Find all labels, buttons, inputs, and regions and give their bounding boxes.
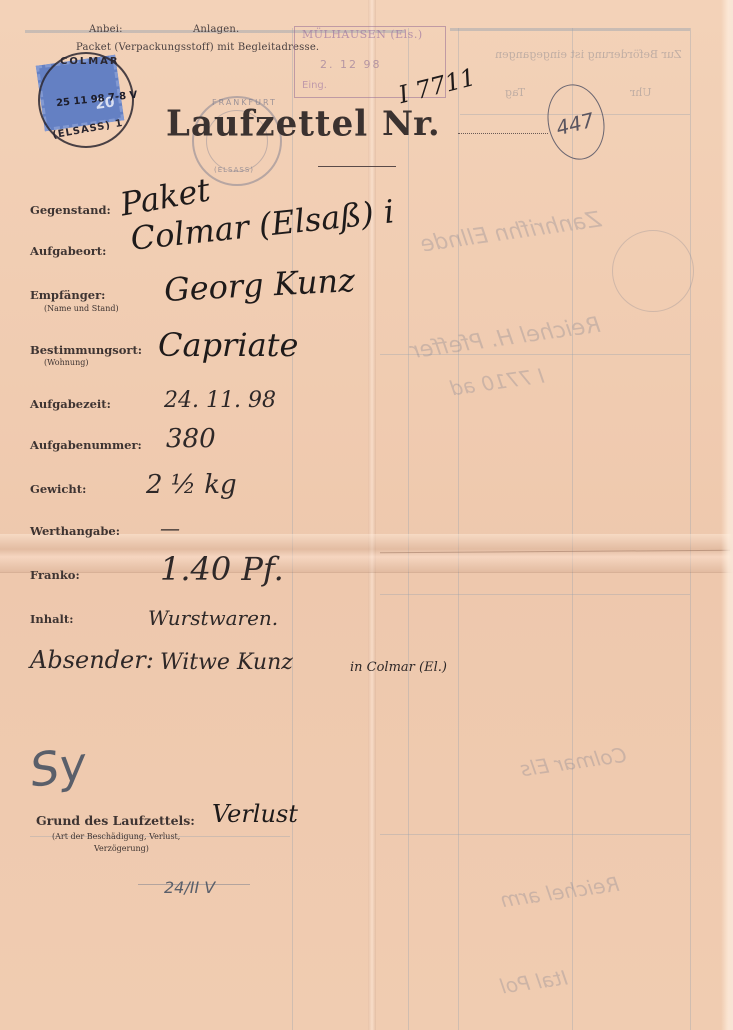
absender-location: in Colmar (El.)	[350, 660, 447, 675]
grund-sublabel-2: Verzögerung)	[94, 844, 149, 853]
absender-value: Witwe Kunz	[160, 650, 293, 675]
ghost-handwriting: I 7710 ad	[449, 364, 546, 401]
field-value-franko: 1.40 Pf.	[160, 550, 284, 588]
horizontal-fold	[0, 534, 733, 572]
box-stamp-title: MÜLHAUSEN (Els.)	[302, 28, 423, 41]
ghost-handwriting: Colmar Els	[519, 743, 628, 782]
right-panel-col2: Uhr	[630, 86, 652, 99]
grid-line	[408, 28, 409, 1030]
grid-line	[380, 594, 690, 595]
number-label: Nr.	[382, 104, 440, 144]
field-sublabel-empfaenger: (Name und Stand)	[44, 304, 119, 313]
field-label-aufgabeort: Aufgabeort:	[30, 244, 106, 258]
field-label-gewicht: Gewicht:	[30, 482, 86, 496]
field-value-inhalt: Wurstwaren.	[148, 606, 278, 630]
field-value-gewicht: 2 ½ kg	[146, 470, 237, 500]
field-sublabel-bestimmungsort: (Wohnung)	[44, 358, 88, 367]
title-underline	[318, 166, 396, 167]
grid-line	[292, 28, 293, 1030]
number-dotted-line	[458, 133, 548, 134]
grund-label: Grund des Laufzettels:	[36, 813, 195, 828]
box-stamp-date: 2. 12 98	[320, 58, 381, 71]
ghost-handwriting: Ital Pol	[499, 965, 569, 998]
right-panel-header: Zur Beförderung ist eingegangen	[495, 48, 682, 61]
ghost-handwriting: Zanhrifhn Ellnde	[419, 207, 603, 257]
field-label-werthangabe: Werthangabe:	[30, 524, 120, 538]
page-title: Laufzettel	[166, 103, 368, 145]
ghost-handwriting: Reichel arm	[499, 872, 621, 912]
field-label-bestimmungsort: Bestimmungsort:	[30, 343, 142, 357]
field-value-werthangabe: —	[160, 516, 180, 540]
header-rule-right	[450, 28, 690, 31]
grid-line	[380, 834, 690, 835]
bottom-pencil-note: 24/II V	[164, 878, 215, 897]
postmark-town: COLMAR	[60, 56, 120, 67]
field-value-empfaenger: Georg Kunz	[163, 261, 356, 309]
grund-value: Verlust	[212, 800, 298, 828]
field-value-aufgabezeit: 24. 11. 98	[164, 388, 276, 413]
grid-line	[458, 28, 459, 1030]
right-panel-col1: Tag	[505, 86, 525, 99]
document-page: Zur Beförderung ist eingegangen Tag Uhr …	[0, 0, 733, 1030]
field-label-franko: Franko:	[30, 568, 80, 582]
field-label-gegenstand: Gegenstand:	[30, 203, 111, 217]
crease-line	[0, 572, 733, 573]
absender-label: Absender:	[30, 646, 154, 674]
grund-sublabel-1: (Art der Beschädigung, Verlust,	[52, 832, 180, 841]
grid-line	[690, 28, 691, 1030]
receiving-postmark-region: (ELSASS)	[214, 166, 254, 174]
field-value-bestimmungsort: Capriate	[158, 326, 298, 364]
margin-pencil-note: Sy	[27, 736, 90, 797]
ghost-handwriting: Reichel H. Pfeffer	[409, 313, 602, 364]
field-label-aufgabenummer: Aufgabenummer:	[30, 438, 142, 452]
vertical-fold	[368, 0, 376, 1030]
field-label-aufgabezeit: Aufgabezeit:	[30, 397, 111, 411]
box-stamp-label: Eing.	[302, 80, 327, 91]
field-label-empfaenger: Empfänger:	[30, 288, 105, 302]
paket-line: Packet (Verpackungsstoff) mit Begleitadr…	[76, 42, 319, 53]
ghost-stamp	[612, 230, 694, 312]
anlagen-label: Anlagen.	[193, 24, 239, 35]
field-label-inhalt: Inhalt:	[30, 612, 73, 626]
field-value-aufgabenummer: 380	[166, 424, 216, 454]
anbei-label: Anbei:	[89, 24, 123, 35]
